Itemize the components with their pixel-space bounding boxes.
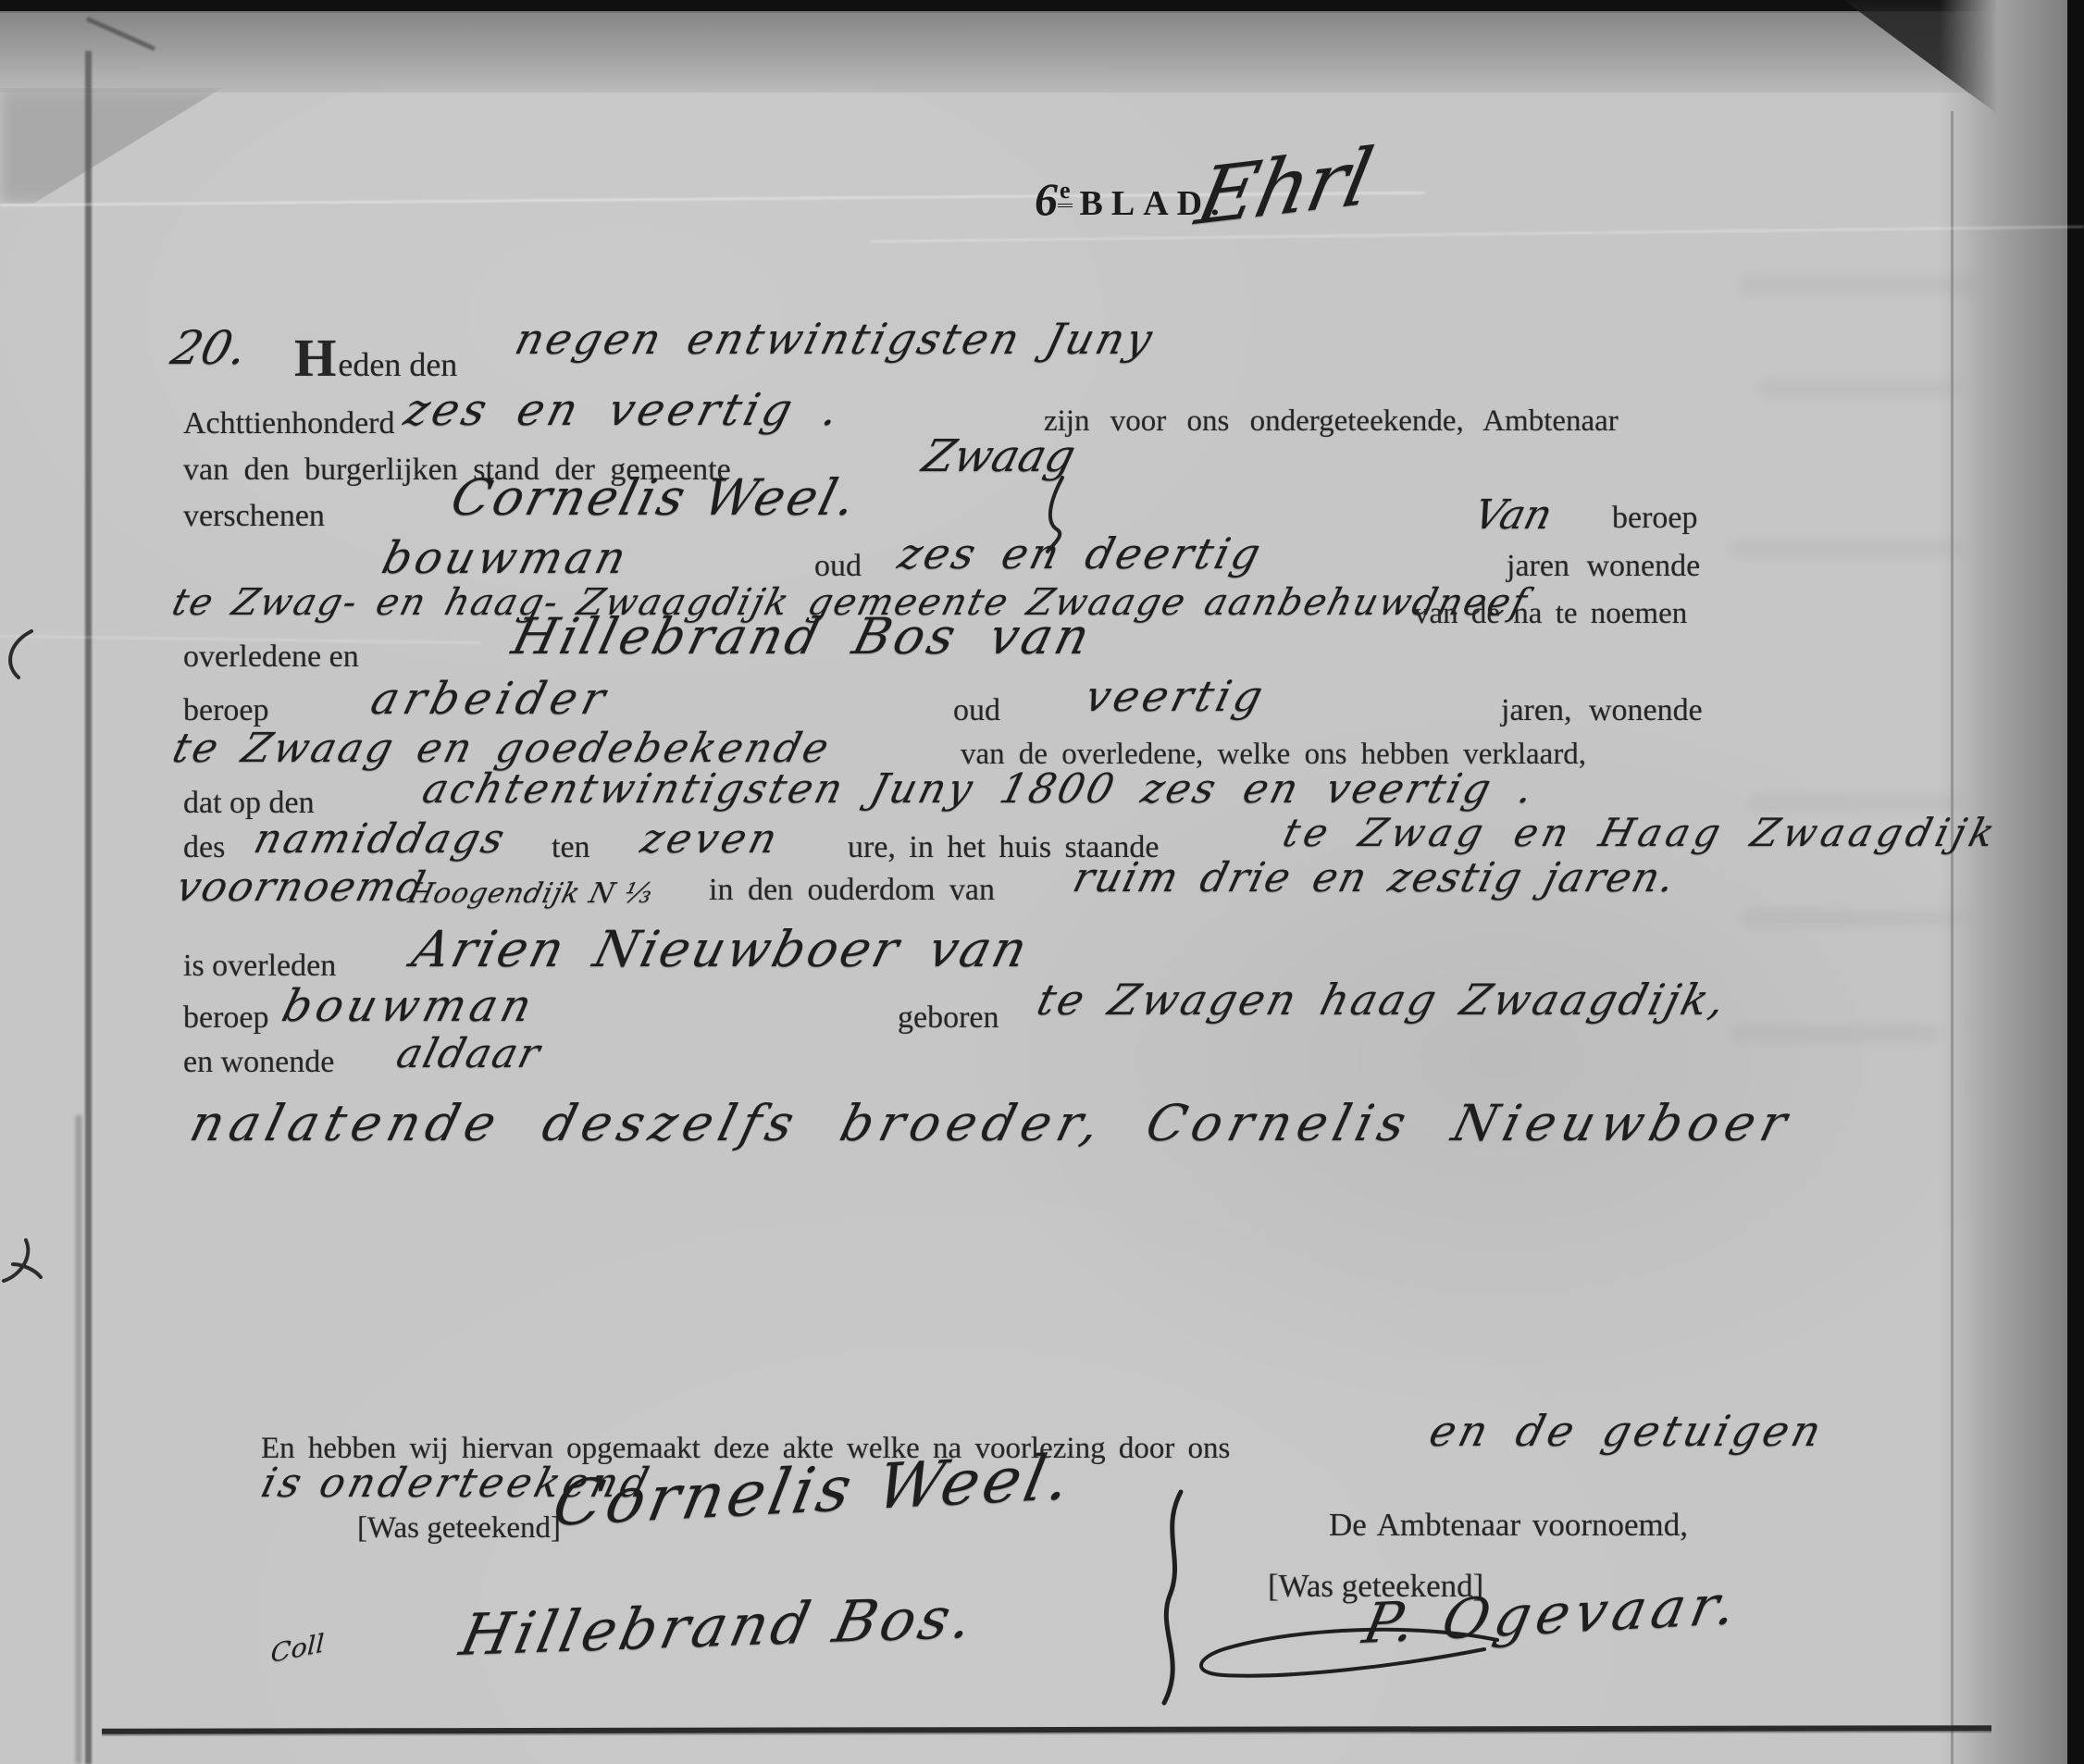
hw-declarant2-name: Hillebrand Bos van <box>507 611 1098 664</box>
paper-crease-top-right <box>870 226 2084 242</box>
bottom-divider-rule <box>102 1725 1991 1734</box>
printed-beroep-2: beroep <box>183 694 269 727</box>
bleedthrough-smudge <box>1740 912 1962 925</box>
hw-age-1: zes en deertig <box>894 531 1268 576</box>
printed-appeared-before: zijn voor ons ondergeteekende, Ambtenaar <box>1044 405 1619 438</box>
printed-overledene-en: overledene en <box>183 640 359 674</box>
hw-house-place: te Zwag en Haag Zwaagdijk <box>1279 813 2003 853</box>
scan-right-black-edge <box>2067 0 2084 1764</box>
margin-ink-fragment <box>0 626 37 681</box>
hw-house-number: Hoogendijk N ⅓ <box>405 879 656 909</box>
page-right-edge-shade <box>1940 0 2069 1764</box>
hw-hour: zeven <box>637 818 785 861</box>
hw-daypart: namiddags <box>250 818 511 861</box>
bleedthrough-smudge <box>1730 541 1962 555</box>
examiner-paraph: Ehrl <box>1190 136 1378 239</box>
hw-closing-witnesses: en de getuigen <box>1425 1409 1830 1453</box>
printed-relation-1: van de na te noemen <box>1414 598 1687 630</box>
hw-age-deceased: ruim drie en zestig jaren. <box>1069 857 1681 900</box>
printed-ambtenaar-title: De Ambtenaar voornoemd, <box>1329 1509 1688 1543</box>
hw-age-2: veertig <box>1081 674 1271 718</box>
hw-municipality: Zwaag <box>918 433 1080 479</box>
printed-is-overleden: is overleden <box>183 950 336 983</box>
printed-year-word: Achttienhonderd <box>183 407 395 441</box>
hw-surviving-relatives: nalatende deszelfs broeder, Cornelis Nie… <box>185 1098 1798 1150</box>
printed-was-geteekend-left: [Was geteekend] <box>357 1512 561 1545</box>
printed-oud-2: oud <box>953 694 1000 727</box>
bleedthrough-smudge <box>1758 381 1962 395</box>
hw-birthplace: te Zwagen haag Zwaagdijk, <box>1033 977 1732 1022</box>
hw-act-date: negen entwintigsten Juny <box>511 317 1160 361</box>
hw-declarant1-name: Cornelis Weel. <box>446 472 863 525</box>
hw-occupation-3: bouwman <box>278 983 540 1029</box>
sheet-number: 6 <box>1035 173 1058 225</box>
printed-jaren-wonende-2: jaren, wonende <box>1501 694 1703 727</box>
bleedthrough-smudge <box>1730 1027 1943 1040</box>
margin-ink-fragment <box>0 1236 44 1288</box>
binding-crease-shadow <box>76 1115 81 1764</box>
printed-heden-den: Heden den <box>294 329 457 386</box>
hw-occupation-2: arbeider <box>366 676 615 722</box>
printed-geboren: geboren <box>898 1001 999 1035</box>
hw-wonende-aldaar: aldaar <box>392 1033 545 1075</box>
printed-ten: ten <box>552 831 590 864</box>
printed-ouderdom: in den ouderdom van <box>709 874 995 907</box>
hw-voornoemd: voornoemd <box>172 866 430 909</box>
binding-crease-line <box>85 51 92 1764</box>
signature-declarant2: Hillebrand Bos. <box>455 1587 982 1665</box>
bleedthrough-smudge <box>1749 796 1962 809</box>
printed-des: des <box>183 831 225 864</box>
page-top-shadow-band <box>0 11 2084 93</box>
page-top-left-corner-shade <box>0 88 222 204</box>
act-number: 20. <box>167 324 253 373</box>
hw-deceased-name: Arien Nieuwboer van <box>407 924 1035 976</box>
hw-coll-note: Coll <box>270 1630 325 1667</box>
printed-oud-1: oud <box>814 550 862 583</box>
printed-beroep-1: beroep <box>1612 502 1698 535</box>
sheet-ordinal-suffix: e <box>1058 177 1073 207</box>
hw-residence-2: te Zwaag en goedebekende <box>168 727 836 770</box>
scanned-death-record-page: 6eBLAD. Ehrl 20. Heden den negen entwint… <box>0 0 2084 1764</box>
hw-occupation-1: bouwman <box>378 535 634 581</box>
hw-death-date: achtentwintigsten Juny 1800 zes en veert… <box>418 768 1540 811</box>
page-right-edge-line <box>1951 111 1954 1764</box>
hw-year: zes en veertig . <box>400 387 847 433</box>
hw-van: Van <box>1470 494 1557 537</box>
printed-verschenen: verschenen <box>183 500 325 533</box>
printed-jaren-wonende-1: jaren wonende <box>1507 550 1700 583</box>
printed-beroep-3: beroep <box>183 1001 269 1035</box>
printed-en-wonende: en wonende <box>183 1046 334 1079</box>
